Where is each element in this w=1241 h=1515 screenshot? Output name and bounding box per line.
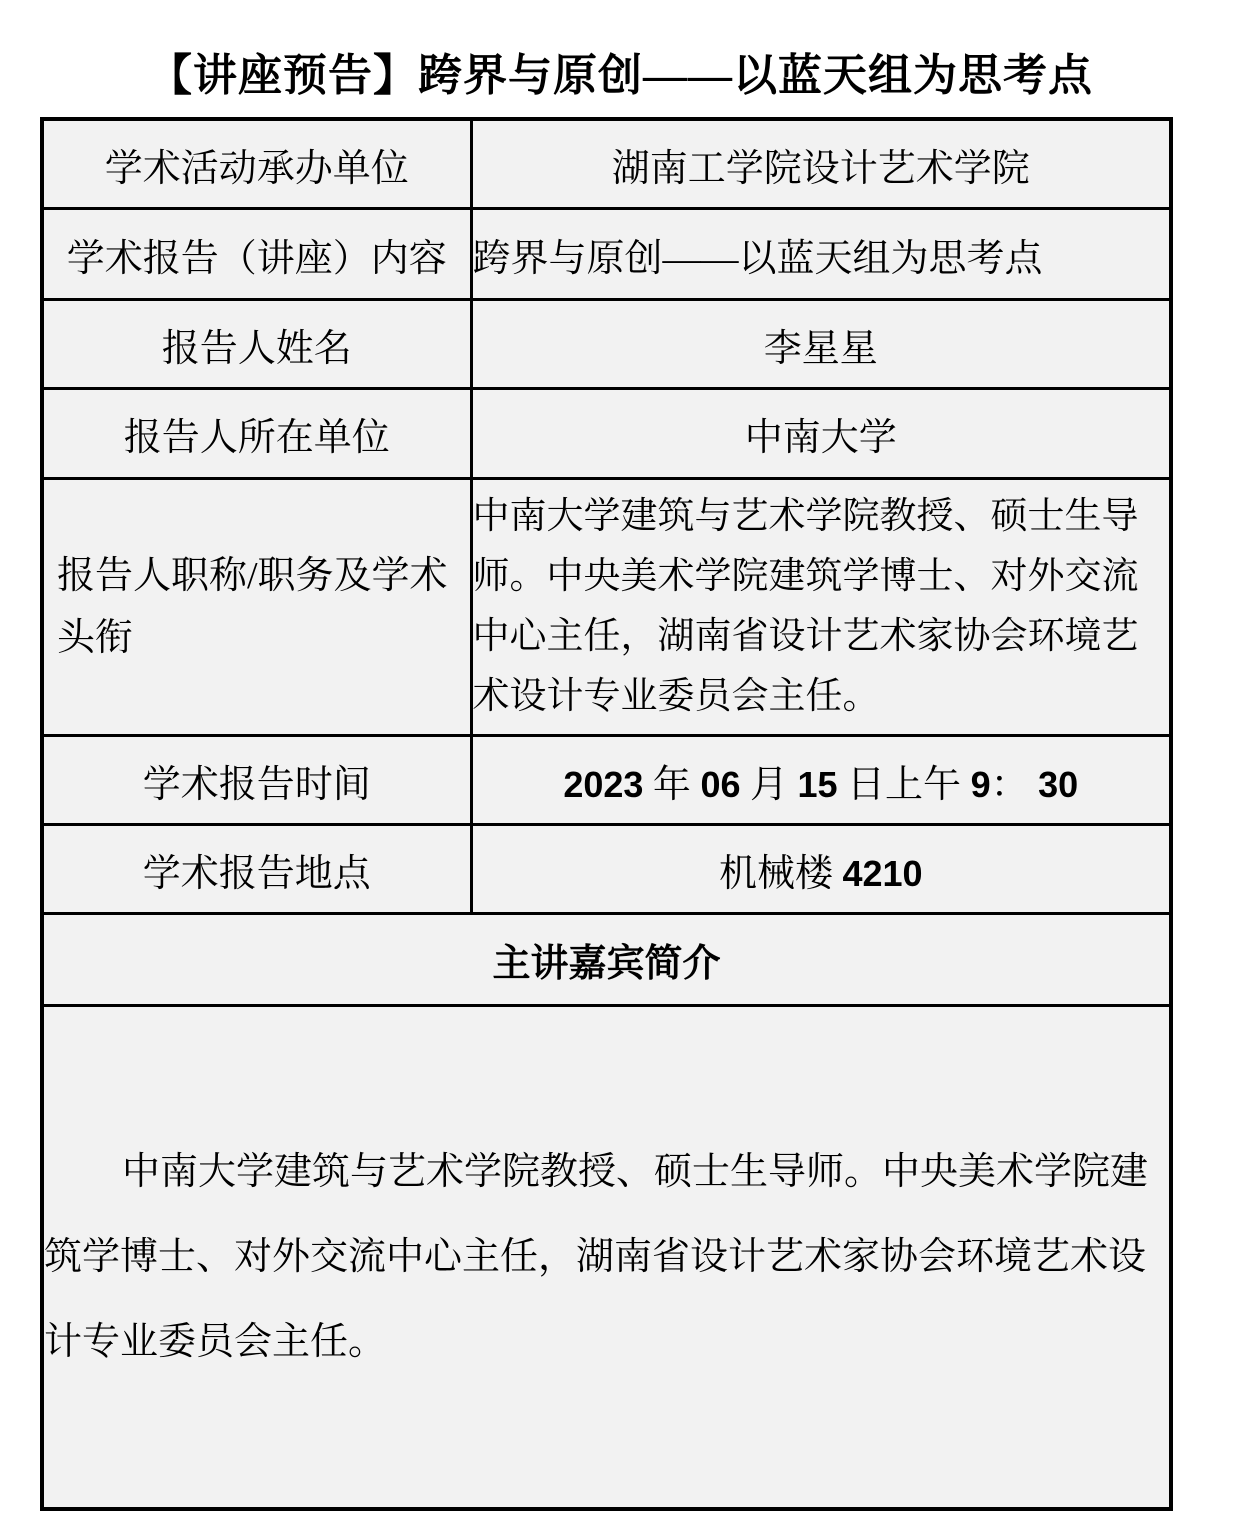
row-value-report-time: 2023 年 06 月 15 日上午 9： 30 <box>471 736 1171 825</box>
section-header-guest-intro: 主讲嘉宾简介 <box>42 914 1171 1006</box>
row-value-speaker-titles: 中南大学建筑与艺术学院教授、硕士生导师。中央美术学院建筑学博士、对外交流中心主任… <box>471 479 1171 736</box>
table-row: 学术活动承办单位 湖南工学院设计艺术学院 <box>42 119 1171 209</box>
page-title: 【讲座预告】跨界与原创——以蓝天组为思考点 <box>40 45 1201 117</box>
row-label-lecture-content: 学术报告（讲座）内容 <box>42 209 471 300</box>
guest-bio-text: 中南大学建筑与艺术学院教授、硕士生导师。中央美术学院建筑学博士、对外交流中心主任… <box>44 1130 1169 1385</box>
announcement-table: 学术活动承办单位 湖南工学院设计艺术学院 学术报告（讲座）内容 跨界与原创——以… <box>40 117 1173 1511</box>
row-value-speaker-unit: 中南大学 <box>471 389 1171 479</box>
row-label-organizer: 学术活动承办单位 <box>42 119 471 209</box>
row-label-speaker-titles: 报告人职称/职务及学术头衔 <box>42 479 471 736</box>
table-row: 主讲嘉宾简介 <box>42 914 1171 1006</box>
table-row: 报告人姓名 李星星 <box>42 300 1171 389</box>
row-label-speaker-unit: 报告人所在单位 <box>42 389 471 479</box>
row-value-lecture-content: 跨界与原创——以蓝天组为思考点 <box>471 209 1171 300</box>
row-label-report-time: 学术报告时间 <box>42 736 471 825</box>
table-row: 学术报告地点 机械楼 4210 <box>42 825 1171 914</box>
row-value-speaker-name: 李星星 <box>471 300 1171 389</box>
row-value-report-location: 机械楼 4210 <box>471 825 1171 914</box>
guest-bio-cell: 中南大学建筑与艺术学院教授、硕士生导师。中央美术学院建筑学博士、对外交流中心主任… <box>42 1006 1171 1510</box>
table-row: 中南大学建筑与艺术学院教授、硕士生导师。中央美术学院建筑学博士、对外交流中心主任… <box>42 1006 1171 1510</box>
table-row: 学术报告时间 2023 年 06 月 15 日上午 9： 30 <box>42 736 1171 825</box>
row-label-speaker-name: 报告人姓名 <box>42 300 471 389</box>
table-row: 报告人所在单位 中南大学 <box>42 389 1171 479</box>
table-row: 学术报告（讲座）内容 跨界与原创——以蓝天组为思考点 <box>42 209 1171 300</box>
row-label-report-location: 学术报告地点 <box>42 825 471 914</box>
table-row: 报告人职称/职务及学术头衔 中南大学建筑与艺术学院教授、硕士生导师。中央美术学院… <box>42 479 1171 736</box>
row-value-organizer: 湖南工学院设计艺术学院 <box>471 119 1171 209</box>
